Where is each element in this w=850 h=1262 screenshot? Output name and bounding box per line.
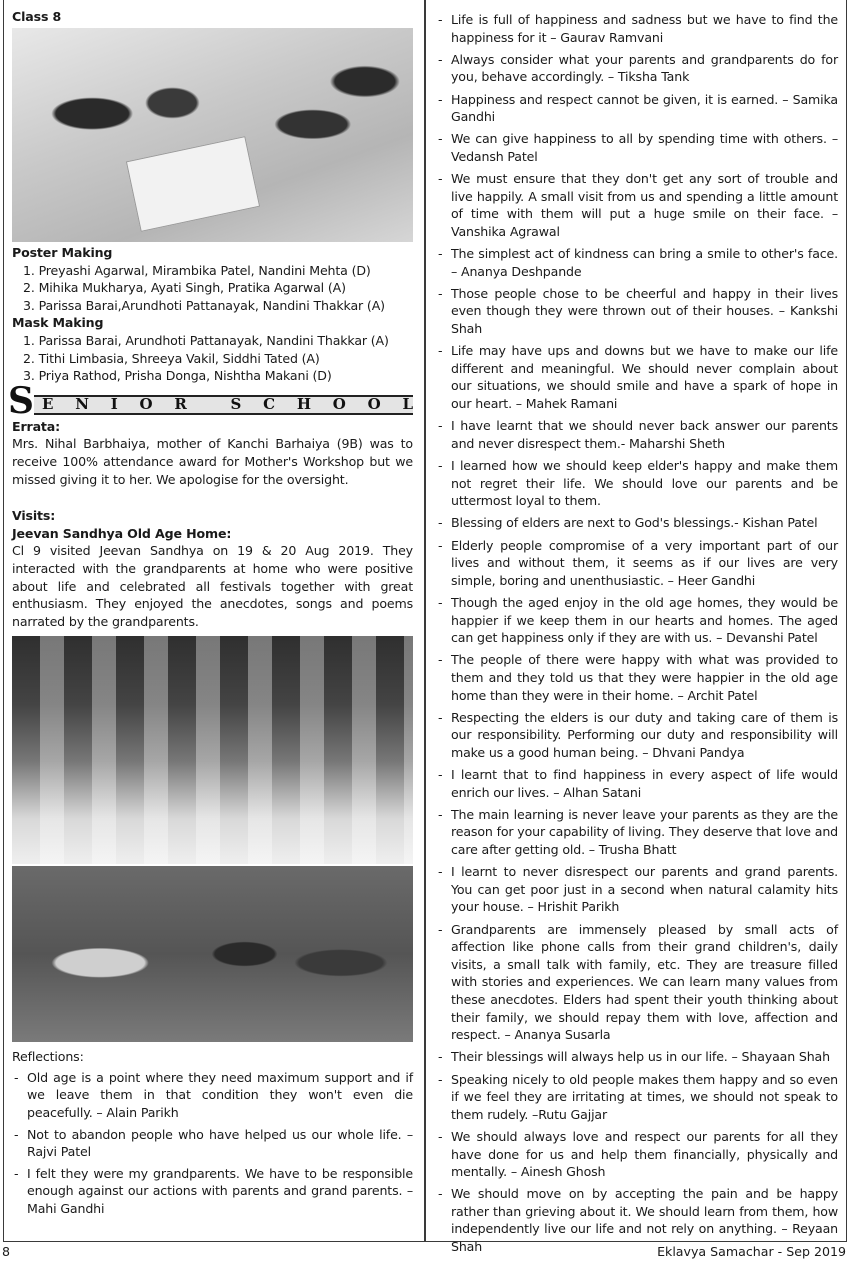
banner-letter: N [75,396,89,414]
list-item: 1. Parissa Barai, Arundhoti Pattanayak, … [12,332,413,350]
banner-letter: S [231,396,242,414]
reflection-item: I have learnt that we should never back … [436,417,838,452]
reflection-item: Their blessings will always help us in o… [436,1048,838,1066]
banner-letter: O [333,396,346,414]
banner-letter: H [297,396,311,414]
mask-making-heading: Mask Making [12,314,413,332]
column-divider [424,0,426,1242]
photo-elder-interaction [12,866,413,1042]
reflection-item: The simplest act of kindness can bring a… [436,245,838,280]
class-heading: Class 8 [12,8,413,28]
page-number: 8 [2,1244,10,1259]
reflection-item: Elderly people compromise of a very impo… [436,537,838,590]
visits-heading: Visits: [12,507,413,525]
reflection-item: I learnt to never disrespect our parents… [436,863,838,916]
visit-text: Cl 9 visited Jeevan Sandhya on 19 & 20 A… [12,542,413,630]
list-item: 3. Parissa Barai,Arundhoti Pattanayak, N… [12,297,413,315]
banner-letter: I [111,396,118,414]
list-item: 1. Preyashi Agarwal, Mirambika Patel, Na… [12,262,413,280]
reflection-item: We should always love and respect our pa… [436,1128,838,1181]
reflection-item: Always consider what your parents and gr… [436,51,838,86]
reflection-item: I learnt that to find happiness in every… [436,766,838,801]
banner-letter: L [402,396,412,414]
reflection-item: Speaking nicely to old people makes them… [436,1071,838,1124]
banner-band: E N I O R S C H O O L [34,395,413,415]
banner-letter: O [368,396,381,414]
senior-school-banner: S E N I O R S C H O O L [12,389,413,419]
reflection-item: Though the aged enjoy in the old age hom… [436,594,838,647]
reflections-heading: Reflections: [12,1048,413,1066]
errata-heading: Errata: [12,418,413,436]
reflection-item: Respecting the elders is our duty and ta… [436,709,838,762]
poster-making-heading: Poster Making [12,244,413,262]
reflection-item: I learned how we should keep elder's hap… [436,457,838,510]
reflection-item: Grandparents are immensely pleased by sm… [436,921,838,1044]
reflection-item: Life is full of happiness and sadness bu… [436,11,838,46]
mask-making-list: 1. Parissa Barai, Arundhoti Pattanayak, … [12,332,413,385]
reflection-item: We can give happiness to all by spending… [436,130,838,165]
reflection-item: Life may have ups and downs but we have … [436,342,838,412]
errata-text: Mrs. Nihal Barbhaiya, mother of Kanchi B… [12,435,413,488]
publication-footer: Eklavya Samachar - Sep 2019 [657,1244,846,1259]
reflection-item: I felt they were my grandparents. We hav… [12,1165,413,1218]
list-item: 2. Tithi Limbasia, Shreeya Vakil, Siddhi… [12,350,413,368]
photo-students-listening [12,636,413,864]
reflection-item: Old age is a point where they need maxim… [12,1069,413,1122]
left-column: Class 8 Poster Making 1. Preyashi Agarwa… [12,0,413,1222]
list-item: 2. Mihika Mukharya, Ayati Singh, Pratika… [12,279,413,297]
poster-making-list: 1. Preyashi Agarwal, Mirambika Patel, Na… [12,262,413,315]
banner-letter: E [42,396,53,414]
reflection-item: Not to abandon people who have helped us… [12,1126,413,1161]
photo-class8-poster-making [12,28,413,242]
right-column: Life is full of happiness and sadness bu… [436,0,838,1260]
reflection-item: Blessing of elders are next to God's ble… [436,514,838,532]
banner-letter: C [263,396,275,414]
reflection-item: The main learning is never leave your pa… [436,806,838,859]
reflections-list-right: Life is full of happiness and sadness bu… [436,11,838,1256]
visit-subheading: Jeevan Sandhya Old Age Home: [12,525,413,543]
banner-initial: S [8,383,34,419]
list-item: 3. Priya Rathod, Prisha Donga, Nishtha M… [12,367,413,385]
reflection-item: Those people chose to be cheerful and ha… [436,285,838,338]
reflection-item: The people of there were happy with what… [436,651,838,704]
reflection-item: Happiness and respect cannot be given, i… [436,91,838,126]
reflection-item: We must ensure that they don't get any s… [436,170,838,240]
banner-letter: O [140,396,153,414]
banner-letter: R [174,396,186,414]
reflections-list-left: Old age is a point where they need maxim… [12,1069,413,1218]
